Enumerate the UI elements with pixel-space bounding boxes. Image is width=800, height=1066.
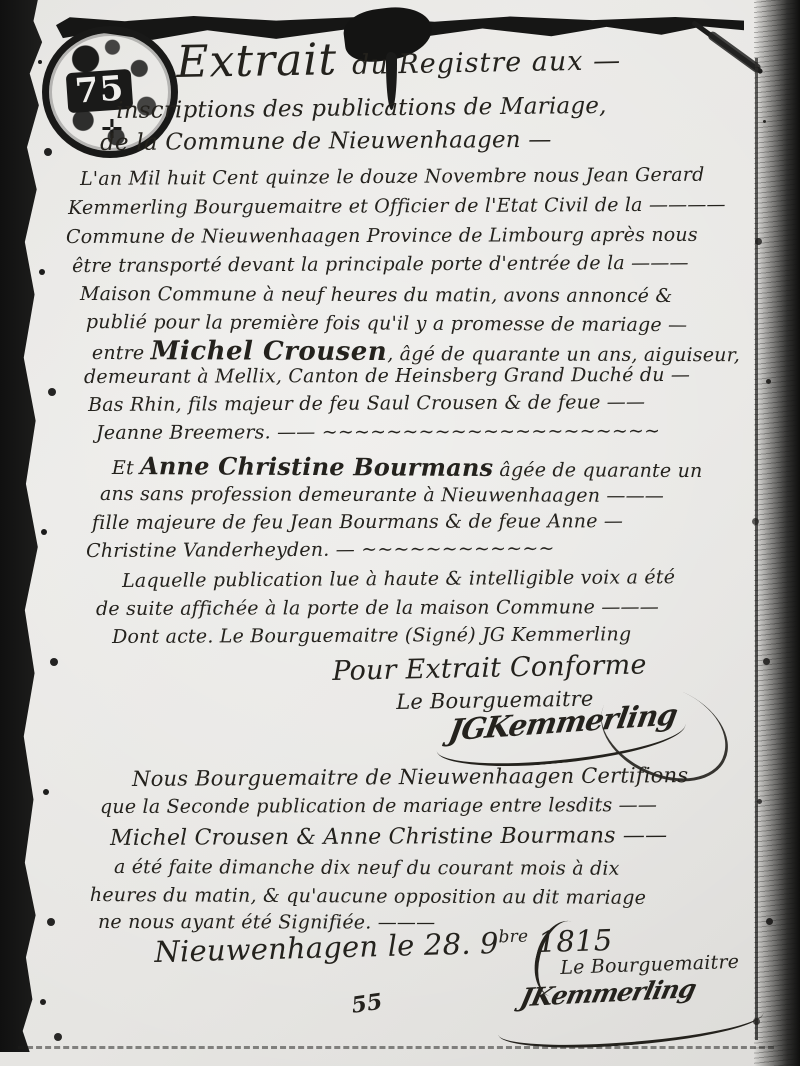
handwritten-line: être transporté devant la principale por… bbox=[72, 253, 689, 278]
groom-name: Michel Crousen bbox=[151, 336, 388, 367]
header-line-3: de la Commune de Nieuwenhaagen — bbox=[100, 127, 552, 157]
bride-line-pre: Et bbox=[112, 457, 140, 479]
handwritten-line: Laquelle publication lue à haute & intel… bbox=[122, 567, 675, 593]
handwritten-line: que la Seconde publication de mariage en… bbox=[100, 795, 657, 819]
handwritten-line: heures du matin, & qu'aucune opposition … bbox=[90, 885, 646, 910]
dateline-month-superscript: bre bbox=[498, 927, 528, 948]
handwritten-line: Commune de Nieuwenhaagen Province de Lim… bbox=[66, 225, 698, 249]
right-border-speckles bbox=[763, 120, 766, 123]
handwritten-line: Jeanne Breemers. —— ∼∼∼∼∼∼∼∼∼∼∼∼∼∼∼∼∼∼∼∼… bbox=[96, 421, 660, 445]
handwritten-line: Maison Commune à neuf heures du matin, a… bbox=[80, 284, 673, 308]
attestation-line: Pour Extrait Conforme bbox=[332, 649, 647, 687]
left-scan-border bbox=[0, 0, 54, 1052]
bottom-scan-edge bbox=[18, 1046, 774, 1049]
handwritten-line: Nous Bourguemaitre de Nieuwenhaagen Cert… bbox=[132, 763, 688, 791]
handwritten-line: ans sans profession demeurante à Nieuwen… bbox=[100, 484, 664, 508]
handwritten-line: Michel Crousen & Anne Christine Bourmans… bbox=[110, 823, 667, 851]
bride-name: Anne Christine Bourmans bbox=[140, 451, 493, 482]
bride-line-post: âgée de quarante un bbox=[493, 459, 702, 482]
handwritten-line: demeurant à Mellix, Canton de Heinsberg … bbox=[84, 365, 690, 389]
handwritten-line: fille majeure de feu Jean Bourmans & de … bbox=[92, 511, 623, 535]
document-title: Extrait du Registre aux — bbox=[176, 30, 621, 88]
handwritten-line: a été faite dimanche dix neuf du courant… bbox=[114, 857, 620, 881]
handwritten-line: Dont acte. Le Bourguemaitre (Signé) JG K… bbox=[112, 624, 631, 649]
handwritten-line: publié pour la première fois qu'il y a p… bbox=[86, 312, 687, 337]
page-number: 55 bbox=[350, 990, 384, 1019]
right-scan-border bbox=[754, 0, 800, 1066]
handwritten-line: de suite affichée à la porte de la maiso… bbox=[96, 597, 659, 621]
handwritten-line: Christine Vanderheyden. — ∼∼∼∼∼∼∼∼∼∼∼∼ bbox=[86, 539, 555, 563]
scanned-marriage-publication-document: 75 ✛ Extrait du Registre aux — inscripti… bbox=[0, 0, 800, 1066]
groom-line-pre: entre bbox=[92, 342, 151, 364]
title-word-extrait: Extrait bbox=[176, 34, 338, 88]
header-line-2: inscriptions des publications de Mariage… bbox=[116, 93, 607, 125]
groom-line-post: , âgé de quarante un ans, aiguiseur, bbox=[387, 343, 740, 366]
bride-name-line: Et Anne Christine Bourmans âgée de quara… bbox=[112, 452, 703, 483]
left-border-speckles bbox=[38, 60, 42, 64]
handwritten-line: L'an Mil huit Cent quinze le douze Novem… bbox=[80, 165, 704, 191]
handwritten-line: Bas Rhin, fils majeur de feu Saul Crouse… bbox=[88, 392, 645, 417]
title-rest: du Registre aux — bbox=[352, 45, 621, 81]
handwritten-line: Kemmerling Bourguemaitre et Officier de … bbox=[68, 195, 726, 220]
